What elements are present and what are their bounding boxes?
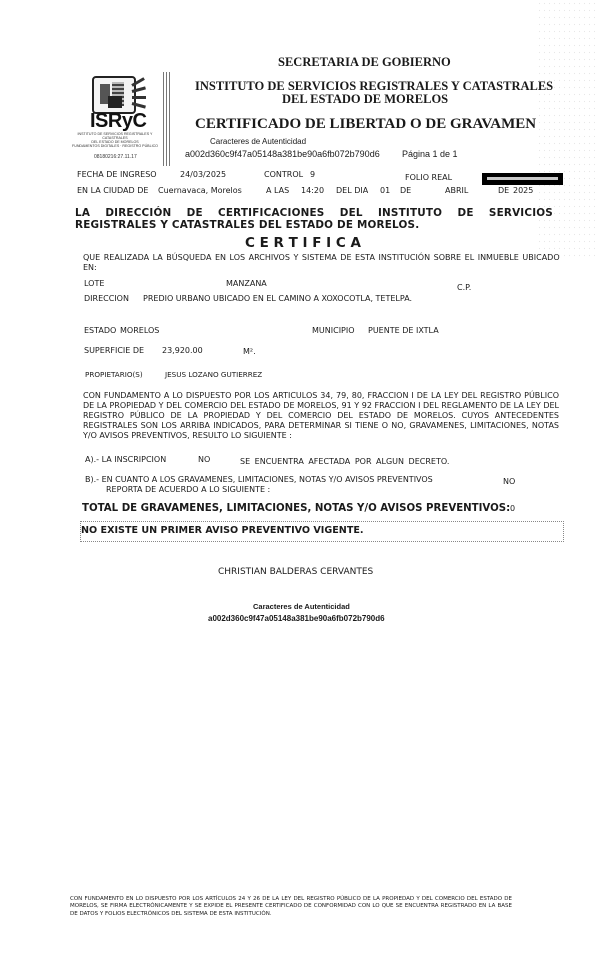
propietario-value: JESUS LOZANO GUTIERREZ	[165, 370, 262, 379]
item-a-label: A).- LA INSCRIPCION	[85, 455, 166, 464]
control-label: CONTROL	[264, 170, 303, 179]
isryc-logo: ISRyC INSTITUTO DE SERVICIOS REGISTRALES…	[72, 72, 158, 162]
instituto-heading-line2: DEL ESTADO DE MORELOS	[282, 92, 448, 107]
certifica-heading: C E R T I F I C A	[245, 235, 361, 251]
ciudad-label: EN LA CIUDAD DE	[77, 186, 148, 195]
signature-auth-label: Caracteres de Autenticidad	[253, 602, 350, 611]
item-b-value: NO	[503, 477, 515, 486]
cp-label: C.P.	[457, 283, 471, 292]
estado-value: MORELOS	[120, 326, 159, 335]
estado-label: ESTADO	[84, 326, 116, 335]
anio-value: 2025	[513, 186, 533, 195]
fan-icon	[132, 82, 146, 110]
hora-value: 14:20	[301, 186, 324, 195]
dia-value: 01	[380, 186, 390, 195]
signature-auth-code: a002d360c9f47a05148a381be90a6fb072b790d6	[208, 614, 385, 623]
ciudad-value: Cuernavaca, Morelos	[158, 186, 242, 195]
folio-redacted	[482, 173, 563, 185]
fundamento-text: CON FUNDAMENTO A LO DISPUESTO POR LOS AR…	[83, 391, 559, 441]
item-a-value: NO	[198, 455, 210, 464]
fecha-value: 24/03/2025	[180, 170, 226, 179]
dia-label: DEL DIA	[336, 186, 368, 195]
auth-label: Caracteres de Autenticidad	[210, 137, 306, 146]
propietario-label: PROPIETARIO(S)	[85, 370, 143, 379]
hora-label: A LAS	[266, 186, 289, 195]
intro-text: QUE REALIZADA LA BÚSQUEDA EN LOS ARCHIVO…	[83, 253, 563, 273]
fecha-label: FECHA DE INGRESO	[77, 170, 157, 179]
logo-name: ISRyC	[90, 110, 146, 133]
direccion-value: PREDIO URBANO UBICADO EN EL CAMINO A XOX…	[143, 294, 412, 303]
footer-legal-text: CON FUNDAMENTO EN LO DISPUESTO POR LOS A…	[70, 896, 512, 918]
logo-code: 08180216:27.11.17	[94, 154, 137, 160]
superficie-unit: M².	[243, 347, 256, 356]
anio-label: DE	[498, 186, 509, 195]
municipio-label: MUNICIPIO	[312, 326, 355, 335]
manzana-label: MANZANA	[226, 279, 267, 288]
page-indicator: Página 1 de 1	[402, 149, 458, 159]
superficie-label: SUPERFICIE DE	[84, 346, 144, 355]
lote-label: LOTE	[84, 279, 104, 288]
folio-label: FOLIO REAL	[405, 173, 452, 182]
secretaria-heading: SECRETARIA DE GOBIERNO	[278, 55, 451, 70]
direccion-label: DIRECCION	[84, 294, 129, 303]
mes-value: ABRIL	[445, 186, 468, 195]
total-value: 0	[510, 504, 515, 513]
de-label: DE	[400, 186, 411, 195]
header-divider	[163, 72, 171, 166]
aviso-text: NO EXISTE UN PRIMER AVISO PREVENTIVO VIG…	[81, 525, 364, 536]
signer-name: CHRISTIAN BALDERAS CERVANTES	[218, 567, 373, 577]
total-label: TOTAL DE GRAVAMENES, LIMITACIONES, NOTAS…	[82, 503, 510, 514]
auth-code: a002d360c9f47a05148a381be90a6fb072b790d6	[185, 149, 380, 159]
logo-subtitle: INSTITUTO DE SERVICIOS REGISTRALES Y CAT…	[72, 132, 158, 148]
building-icon	[92, 76, 136, 114]
municipio-value: PUENTE DE IXTLA	[368, 326, 439, 335]
item-a-text: SE ENCUENTRA AFECTADA POR ALGUN DECRETO.	[240, 457, 449, 466]
superficie-value: 23,920.00	[162, 346, 203, 355]
direccion-heading: LA DIRECCIÓN DE CERTIFICACIONES DEL INST…	[75, 207, 553, 231]
item-b-line1: B).- EN CUANTO A LOS GRAVAMENES, LIMITAC…	[85, 475, 433, 484]
document-title: CERTIFICADO DE LIBERTAD O DE GRAVAMEN	[195, 116, 536, 133]
control-value: 9	[310, 170, 315, 179]
item-b-line2: REPORTA DE ACUERDO A LO SIGUIENTE :	[106, 485, 270, 494]
